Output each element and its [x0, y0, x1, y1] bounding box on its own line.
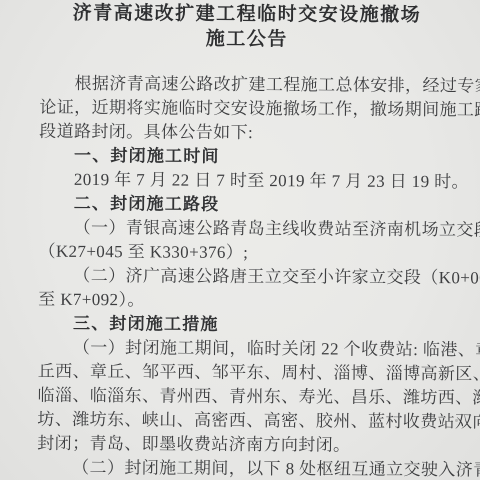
- body-line: 丘西、章丘、邹平西、邹平东、周村、淄博、淄博高新区、: [38, 360, 462, 387]
- section-heading-3: 三、封闭施工措施: [38, 312, 462, 339]
- section-heading-1: 一、封闭施工时间: [39, 144, 463, 171]
- body-line: 至 K7+092）。: [38, 288, 462, 315]
- body-line: （二）封闭施工期间，以下 8 处枢纽互通立交驶入济青: [37, 456, 461, 480]
- scan-speck: [418, 391, 420, 393]
- title-line-1: 济青高速改扩建工程临时交安设施撤场: [40, 1, 454, 29]
- document-sheet: 济青高速改扩建工程临时交安设施撤场 施工公告 根据济青高速公路改扩建工程施工总体…: [37, 1, 464, 480]
- body-line: （一）青银高速公路青岛主线收费站至济南机场立交段: [39, 216, 463, 243]
- section-heading-2: 二、封闭施工路段: [39, 192, 463, 219]
- body-line: （一）封闭施工期间，临时关闭 22 个收费站: 临港、章: [38, 336, 462, 363]
- body-line: （K27+045 至 K330+376）;: [38, 240, 462, 267]
- scan-speck: [455, 419, 458, 422]
- body-line: （二）济广高速公路唐王立交至小许家立交段（K0+000: [38, 264, 462, 291]
- body-line: 坊、潍坊东、峡山、高密西、高密、胶州、蓝村收费站双向: [37, 408, 461, 435]
- body-line: 封闭；青岛、即墨收费站济南方向封闭。: [37, 432, 461, 459]
- body-line: 论证，近期将实施临时交安设施撤场工作，撤场期间施工路: [39, 96, 463, 123]
- document-body: 根据济青高速公路改扩建工程施工总体安排，经过专家 论证，近期将实施临时交安设施撤…: [37, 72, 463, 480]
- body-line: 根据济青高速公路改扩建工程施工总体安排，经过专家: [39, 72, 463, 99]
- document-title: 济青高速改扩建工程临时交安设施撤场 施工公告: [40, 1, 454, 54]
- title-line-2: 施工公告: [40, 26, 454, 54]
- body-line: 临淄、临淄东、青州西、青州东、寿光、昌乐、潍坊西、潍: [38, 384, 462, 411]
- body-line: 段道路封闭。具体公告如下:: [39, 120, 463, 147]
- body-line: 2019 年 7 月 22 日 7 时至 2019 年 7 月 23 日 19 …: [39, 168, 463, 195]
- scanned-notice-page: 济青高速改扩建工程临时交安设施撤场 施工公告 根据济青高速公路改扩建工程施工总体…: [0, 0, 480, 480]
